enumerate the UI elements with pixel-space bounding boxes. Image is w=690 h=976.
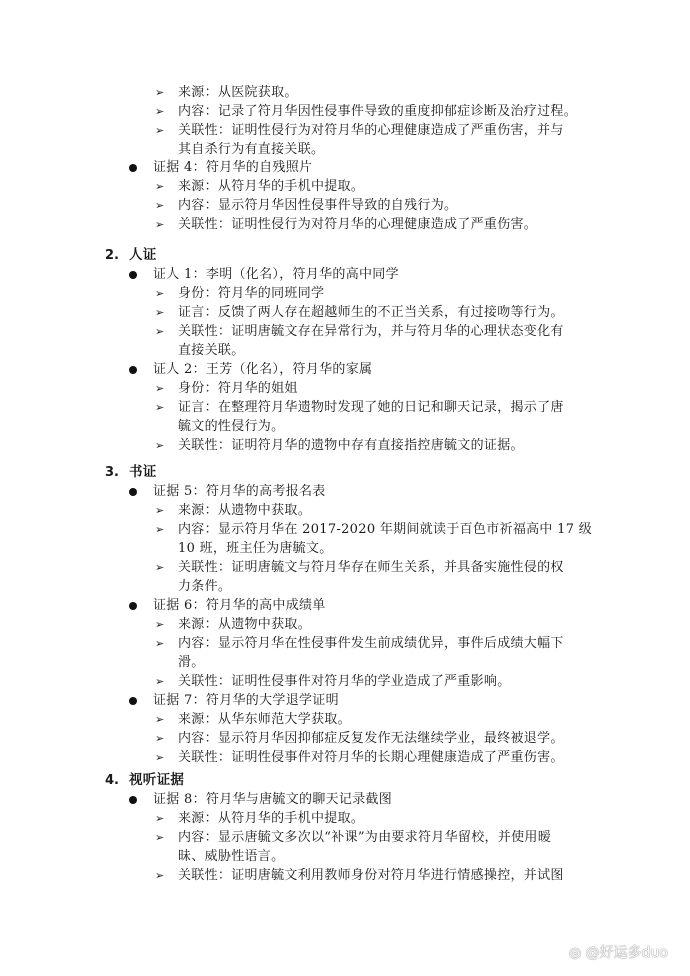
witness1-title: 证人 1：李明（化名），符月华的高中同学 <box>153 265 399 284</box>
bullet-icon <box>129 164 137 172</box>
arrow-bullet-icon: ➢ <box>155 501 164 520</box>
evidence6-source: 来源：从遗物中获取。 <box>178 615 311 634</box>
bullet-icon <box>129 366 137 374</box>
bullet-icon <box>129 602 137 610</box>
evidence8-content: 内容：显示唐毓文多次以“补课”为由要求符月华留校，并使用暧 <box>178 828 551 847</box>
section-number: 3. <box>105 463 119 482</box>
witness2-testimony: 证言：在整理符月华遗物时发现了她的日记和聊天记录，揭示了唐 <box>178 398 564 417</box>
witness2-relevance: 关联性：证明符月华的遗物中存有直接指控唐毓文的证据。 <box>178 436 524 455</box>
evidence4-relevance: 关联性：证明性侵行为对符月华的心理健康造成了严重伤害。 <box>178 215 537 234</box>
arrow-bullet-icon: ➢ <box>155 729 164 748</box>
evidence5-content-cont: 10 班，班主任为唐毓文。 <box>178 539 333 558</box>
arrow-bullet-icon: ➢ <box>155 558 164 577</box>
witness1-identity: 身份：符月华的同班同学 <box>178 284 324 303</box>
evidence8-title: 证据 8：符月华与唐毓文的聊天记录截图 <box>153 790 392 809</box>
arrow-bullet-icon: ➢ <box>155 710 164 729</box>
evidence4-title: 证据 4：符月华的自残照片 <box>153 158 312 177</box>
arrow-bullet-icon: ➢ <box>155 672 164 691</box>
arrow-bullet-icon: ➢ <box>155 215 164 234</box>
section-number: 4. <box>105 771 119 790</box>
arrow-bullet-icon: ➢ <box>155 83 164 102</box>
witness2-testimony-cont: 毓文的性侵行为。 <box>178 417 284 436</box>
bullet-icon <box>129 697 137 705</box>
arrow-bullet-icon: ➢ <box>155 121 164 140</box>
watermark: ◎ @好运多duo <box>569 942 668 962</box>
evidence8-content-cont: 昧、威胁性语言。 <box>178 847 284 866</box>
witness1-relevance-cont: 直接关联。 <box>178 341 245 360</box>
arrow-bullet-icon: ➢ <box>155 809 164 828</box>
section-heading: 视听证据 <box>129 771 184 790</box>
arrow-bullet-icon: ➢ <box>155 398 164 417</box>
arrow-bullet-icon: ➢ <box>155 322 164 341</box>
evidence8-relevance: 关联性：证明唐毓文利用教师身份对符月华进行情感操控，并试图 <box>178 866 564 885</box>
evidence6-title: 证据 6：符月华的高中成绩单 <box>153 596 326 615</box>
evidence4-source: 来源：从符月华的手机中提取。 <box>178 177 364 196</box>
arrow-bullet-icon: ➢ <box>155 748 164 767</box>
bullet-icon <box>129 796 137 804</box>
section-heading: 人证 <box>129 246 157 265</box>
arrow-bullet-icon: ➢ <box>155 436 164 455</box>
witness2-title: 证人 2：王芳（化名），符月华的家属 <box>153 360 372 379</box>
evidence6-content-cont: 滑。 <box>178 653 205 672</box>
witness1-testimony: 证言：反馈了两人存在超越师生的不正当关系，有过接吻等行为。 <box>178 303 564 322</box>
evidence5-relevance: 关联性：证明唐毓文与符月华存在师生关系，并具备实施性侵的权 <box>178 558 564 577</box>
evidence5-relevance-cont: 力条件。 <box>178 577 231 596</box>
document-page: ➢ 来源：从医院获取。 ➢ 内容：记录了符月华因性侵事件导致的重度抑郁症诊断及治… <box>0 0 690 976</box>
evidence6-relevance: 关联性：证明性侵事件对符月华的学业造成了严重影响。 <box>178 672 511 691</box>
evidence7-content: 内容：显示符月华因抑郁症反复发作无法继续学业，最终被退学。 <box>178 729 564 748</box>
evidence7-title: 证据 7：符月华的大学退学证明 <box>153 691 339 710</box>
evidence3-relevance-cont: 其自杀行为有直接关联。 <box>178 140 324 159</box>
bullet-icon <box>129 271 137 279</box>
evidence6-content: 内容：显示符月华在性侵事件发生前成绩优异，事件后成绩大幅下 <box>178 634 564 653</box>
witness2-identity: 身份：符月华的姐姐 <box>178 379 298 398</box>
evidence3-content: 内容：记录了符月华因性侵事件导致的重度抑郁症诊断及治疗过程。 <box>178 102 577 121</box>
arrow-bullet-icon: ➢ <box>155 196 164 215</box>
bullet-icon <box>129 488 137 496</box>
section-heading: 书证 <box>129 463 157 482</box>
arrow-bullet-icon: ➢ <box>155 828 164 847</box>
evidence7-relevance: 关联性：证明性侵事件对符月华的长期心理健康造成了严重伤害。 <box>178 748 564 767</box>
evidence5-title: 证据 5：符月华的高考报名表 <box>153 482 326 501</box>
evidence3-source: 来源：从医院获取。 <box>178 83 298 102</box>
evidence4-content: 内容：显示符月华因性侵事件导致的自残行为。 <box>178 196 457 215</box>
arrow-bullet-icon: ➢ <box>155 303 164 322</box>
evidence7-source: 来源：从华东师范大学获取。 <box>178 710 351 729</box>
evidence3-relevance: 关联性：证明性侵行为对符月华的心理健康造成了严重伤害，并与 <box>178 121 564 140</box>
witness1-relevance: 关联性：证明唐毓文存在异常行为，并与符月华的心理状态变化有 <box>178 322 564 341</box>
arrow-bullet-icon: ➢ <box>155 866 164 885</box>
evidence5-source: 来源：从遗物中获取。 <box>178 501 311 520</box>
watermark-text: @好运多duo <box>586 945 668 961</box>
arrow-bullet-icon: ➢ <box>155 177 164 196</box>
arrow-bullet-icon: ➢ <box>155 634 164 653</box>
arrow-bullet-icon: ➢ <box>155 102 164 121</box>
arrow-bullet-icon: ➢ <box>155 615 164 634</box>
arrow-bullet-icon: ➢ <box>155 379 164 398</box>
section-number: 2. <box>105 246 119 265</box>
arrow-bullet-icon: ➢ <box>155 520 164 539</box>
weibo-logo-icon: ◎ <box>569 945 586 961</box>
evidence5-content: 内容：显示符月华在 2017-2020 年期间就读于百色市祈福高中 17 级 <box>178 520 592 539</box>
arrow-bullet-icon: ➢ <box>155 284 164 303</box>
evidence8-source: 来源：从符月华的手机中提取。 <box>178 809 364 828</box>
